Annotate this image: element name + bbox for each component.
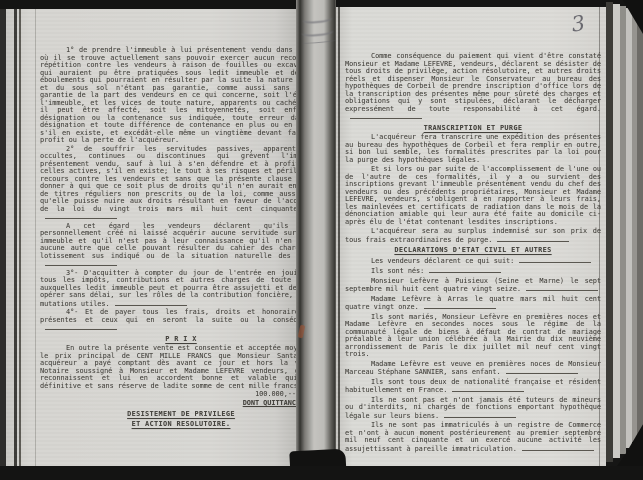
right-page-gutter-rule bbox=[338, 7, 340, 466]
left-page-binding-rule-2 bbox=[19, 9, 21, 466]
filler-line bbox=[506, 368, 578, 374]
paragraph-text: P R I X bbox=[165, 335, 196, 343]
page-edge-layer bbox=[637, 12, 643, 436]
paragraph: Madame Lefèvre à Arras le quatre mars mi… bbox=[345, 296, 601, 312]
paragraph-text: Et si lors ou par suite de l'accomplisse… bbox=[345, 165, 601, 226]
page-edge-layer bbox=[613, 4, 620, 458]
paragraph-text: 2° de souffrir les servitudes passives, … bbox=[40, 145, 298, 213]
paragraph: Ils sont nés: bbox=[345, 267, 601, 276]
filler-line bbox=[497, 236, 569, 242]
section-heading: DECLARATIONS D'ETAT CIVIL ET AUTRES bbox=[345, 247, 601, 255]
paragraph: Ils ne sont pas immatriculés à un regist… bbox=[345, 422, 601, 453]
right-page-text-column: Comme conséquence du paiement qui vient … bbox=[345, 53, 601, 455]
filler-line bbox=[444, 412, 516, 418]
paragraph: En outre la présente vente est consentie… bbox=[40, 345, 298, 390]
section-heading: TRANSCRIPTION ET PURGE bbox=[345, 125, 601, 133]
paragraph: Monsieur Lefèvre à Puisieux (Seine et Ma… bbox=[345, 278, 601, 294]
stamp-illegible-writing bbox=[301, 26, 334, 38]
filler-line bbox=[350, 113, 422, 119]
handwritten-page-number: 3 bbox=[570, 9, 598, 42]
left-page-binding-rule bbox=[14, 9, 17, 466]
paragraph: Et si lors ou par suite de l'accomplisse… bbox=[345, 166, 601, 226]
paragraph-text: ET ACTION RESOLUTOIRE. bbox=[132, 420, 231, 428]
left-page: 1° de prendre l'immeuble à lui présentem… bbox=[6, 9, 298, 466]
paragraph-text: En outre la présente vente est consentie… bbox=[40, 344, 298, 390]
paragraph-text: Ils sont mariés, Monsieur Lefèvre en pre… bbox=[345, 313, 601, 359]
paragraph: Ils sont mariés, Monsieur Lefèvre en pre… bbox=[345, 314, 601, 359]
filler-line bbox=[45, 324, 117, 330]
paragraph-text: DONT QUITTANCE bbox=[243, 399, 298, 407]
section-heading: P R I X bbox=[40, 336, 298, 344]
paragraph: Comme conséquence du paiement qui vient … bbox=[345, 53, 601, 122]
paragraph-text: 4°- Et de payer tous les frais, droits e… bbox=[40, 308, 298, 324]
filler-line bbox=[45, 213, 117, 219]
paragraph-text: Ils sont nés: bbox=[371, 267, 424, 275]
filler-line bbox=[452, 386, 524, 392]
paragraph: Madame Lefèvre est veuve en premières no… bbox=[345, 361, 601, 377]
filler-line bbox=[429, 267, 501, 273]
paragraph-text: Comme conséquence du paiement qui vient … bbox=[345, 52, 601, 113]
paragraph-text: 1° de prendre l'immeuble à lui présentem… bbox=[40, 46, 298, 144]
stamp-illegible-writing bbox=[302, 13, 333, 25]
filler-line bbox=[45, 260, 117, 266]
filler-line bbox=[519, 257, 591, 263]
paragraph: L'acquéreur sera au surplus indemnisé su… bbox=[345, 228, 601, 244]
paragraph: L'acquéreur fera transcrire une expéditi… bbox=[345, 134, 601, 164]
paragraph-text: L'acquéreur fera transcrire une expéditi… bbox=[345, 133, 601, 164]
paragraph: A cet égard les vendeurs déclarent qu'il… bbox=[40, 223, 298, 269]
paragraph: 4°- Et de payer tous les frais, droits e… bbox=[40, 309, 298, 333]
amount-line: DONT QUITTANCE bbox=[40, 400, 298, 408]
filler-line bbox=[115, 300, 187, 306]
section-heading: DESISTEMENT DE PRIVILEGE bbox=[40, 411, 298, 419]
spine-ink-stamp bbox=[300, 11, 336, 44]
left-page-margin-rule bbox=[35, 9, 36, 466]
amount-line: 100.000,-- bbox=[40, 391, 298, 399]
left-page-text-column: 1° de prendre l'immeuble à lui présentem… bbox=[40, 47, 298, 430]
scan-background-bottom bbox=[0, 466, 643, 480]
paragraph-text: DESISTEMENT DE PRIVILEGE bbox=[127, 410, 235, 418]
paragraph-text: Les vendeurs déclarent ce qui suit: bbox=[371, 257, 514, 265]
page-edge-layer bbox=[606, 2, 613, 462]
paragraph-text: TRANSCRIPTION ET PURGE bbox=[424, 124, 523, 132]
page-stack-edge bbox=[606, 0, 643, 470]
paragraph: 2° de souffrir les servitudes passives, … bbox=[40, 146, 298, 222]
paragraph: 3°- D'acquitter à compter du jour de l'e… bbox=[40, 270, 298, 309]
paragraph-text: A cet égard les vendeurs déclarent qu'il… bbox=[40, 222, 298, 260]
paragraph-text: 100.000,-- bbox=[255, 390, 296, 398]
paragraph: Ils sont tous deux de nationalité frança… bbox=[345, 379, 601, 395]
book-gutter-fold bbox=[296, 0, 336, 468]
paragraph-text: DECLARATIONS D'ETAT CIVIL ET AUTRES bbox=[394, 246, 551, 254]
paragraph: Les vendeurs déclarent ce qui suit: bbox=[345, 257, 601, 266]
scanned-book-spread: 1° de prendre l'immeuble à lui présentem… bbox=[0, 0, 643, 480]
section-heading: ET ACTION RESOLUTOIRE. bbox=[40, 421, 298, 429]
filler-line bbox=[522, 445, 594, 451]
filler-line bbox=[526, 285, 598, 291]
paragraph: Ils ne sont pas et n'ont jamais été tute… bbox=[345, 397, 601, 421]
paragraph: 1° de prendre l'immeuble à lui présentem… bbox=[40, 47, 298, 145]
filler-line bbox=[424, 303, 496, 309]
right-page: 3 Comme conséquence du paiement qui vien… bbox=[336, 7, 606, 466]
